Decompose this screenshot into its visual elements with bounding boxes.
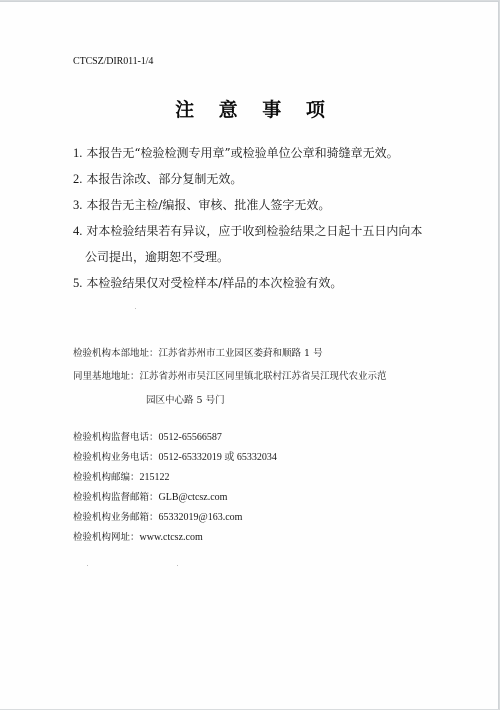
notice-number: 3.: [73, 198, 82, 212]
document-page: CTCSZ/DIR011-1/4 注 意 事 项 1.本报告无“检验检测专用章”…: [0, 1, 499, 709]
contact-value: www.ctcsz.com: [140, 532, 203, 543]
contact-business-phone: 检验机构业务电话：0512-65332019 或 65332034: [73, 452, 277, 464]
contact-label: 检验机构网址：: [73, 532, 140, 543]
contact-business-email: 检验机构业务邮箱：65332019@163.com: [73, 512, 242, 524]
document-id: CTCSZ/DIR011-1/4: [73, 56, 153, 67]
scan-speck: [87, 565, 88, 566]
hq-address-value: 江苏省苏州市工业园区娄葑和顺路 1 号: [159, 348, 323, 359]
contact-postcode: 检验机构邮编：215122: [73, 472, 170, 484]
notice-number: 2.: [73, 172, 82, 186]
notice-text: 本报告涂改、部分复制无效。: [86, 172, 242, 186]
notice-text: 本报告无“检验检测专用章”或检验单位公章和骑缝章无效。: [86, 146, 398, 160]
contact-label: 检验机构邮编：: [73, 472, 140, 483]
notice-item-1: 1.本报告无“检验检测专用章”或检验单位公章和骑缝章无效。: [73, 146, 399, 160]
notice-text: 对本检验结果若有异议，应于收到检验结果之日起十五日内向本: [86, 224, 422, 238]
notice-item-4: 4.对本检验结果若有异议，应于收到检验结果之日起十五日内向本: [73, 224, 422, 238]
notice-number: 1.: [73, 146, 82, 160]
scan-speck: [177, 565, 178, 566]
contact-supervision-email: 检验机构监督邮箱：GLB@ctcsz.com: [73, 492, 227, 504]
notice-number: 5.: [73, 276, 82, 290]
contact-value: 0512-65566587: [159, 432, 222, 443]
notice-text: 本报告无主检/编报、审核、批准人签字无效。: [86, 198, 330, 212]
page-title: 注 意 事 项: [0, 95, 500, 122]
notice-number: 4.: [73, 224, 82, 238]
hq-address-label: 检验机构本部地址：: [73, 348, 159, 359]
contact-website: 检验机构网址：www.ctcsz.com: [73, 532, 203, 544]
notice-item-2: 2.本报告涂改、部分复制无效。: [73, 172, 242, 186]
contact-supervision-phone: 检验机构监督电话：0512-65566587: [73, 432, 222, 444]
contact-value: GLB@ctcsz.com: [159, 492, 228, 503]
tongli-address-continuation: 园区中心路 5 号门: [146, 395, 225, 407]
scan-speck: [135, 308, 136, 309]
contact-value: 65332019@163.com: [159, 512, 243, 523]
notice-text: 本检验结果仅对受检样本/样品的本次检验有效。: [86, 276, 342, 290]
hq-address: 检验机构本部地址：江苏省苏州市工业园区娄葑和顺路 1 号: [73, 348, 323, 360]
contact-label: 检验机构监督电话：: [73, 432, 159, 443]
notice-item-3: 3.本报告无主检/编报、审核、批准人签字无效。: [73, 198, 330, 212]
contact-label: 检验机构监督邮箱：: [73, 492, 159, 503]
contact-label: 检验机构业务邮箱：: [73, 512, 159, 523]
contact-label: 检验机构业务电话：: [73, 452, 159, 463]
tongli-address-value: 江苏省苏州市吴江区同里镇北联村江苏省吴江现代农业示范: [140, 371, 387, 382]
tongli-address: 同里基地地址：江苏省苏州市吴江区同里镇北联村江苏省吴江现代农业示范: [73, 371, 387, 383]
notice-item-4-continuation: 公司提出，逾期恕不受理。: [85, 250, 229, 264]
tongli-address-label: 同里基地地址：: [73, 371, 140, 382]
notice-item-5: 5.本检验结果仅对受检样本/样品的本次检验有效。: [73, 276, 342, 290]
contact-value: 215122: [140, 472, 170, 483]
contact-value: 0512-65332019 或 65332034: [159, 452, 277, 463]
